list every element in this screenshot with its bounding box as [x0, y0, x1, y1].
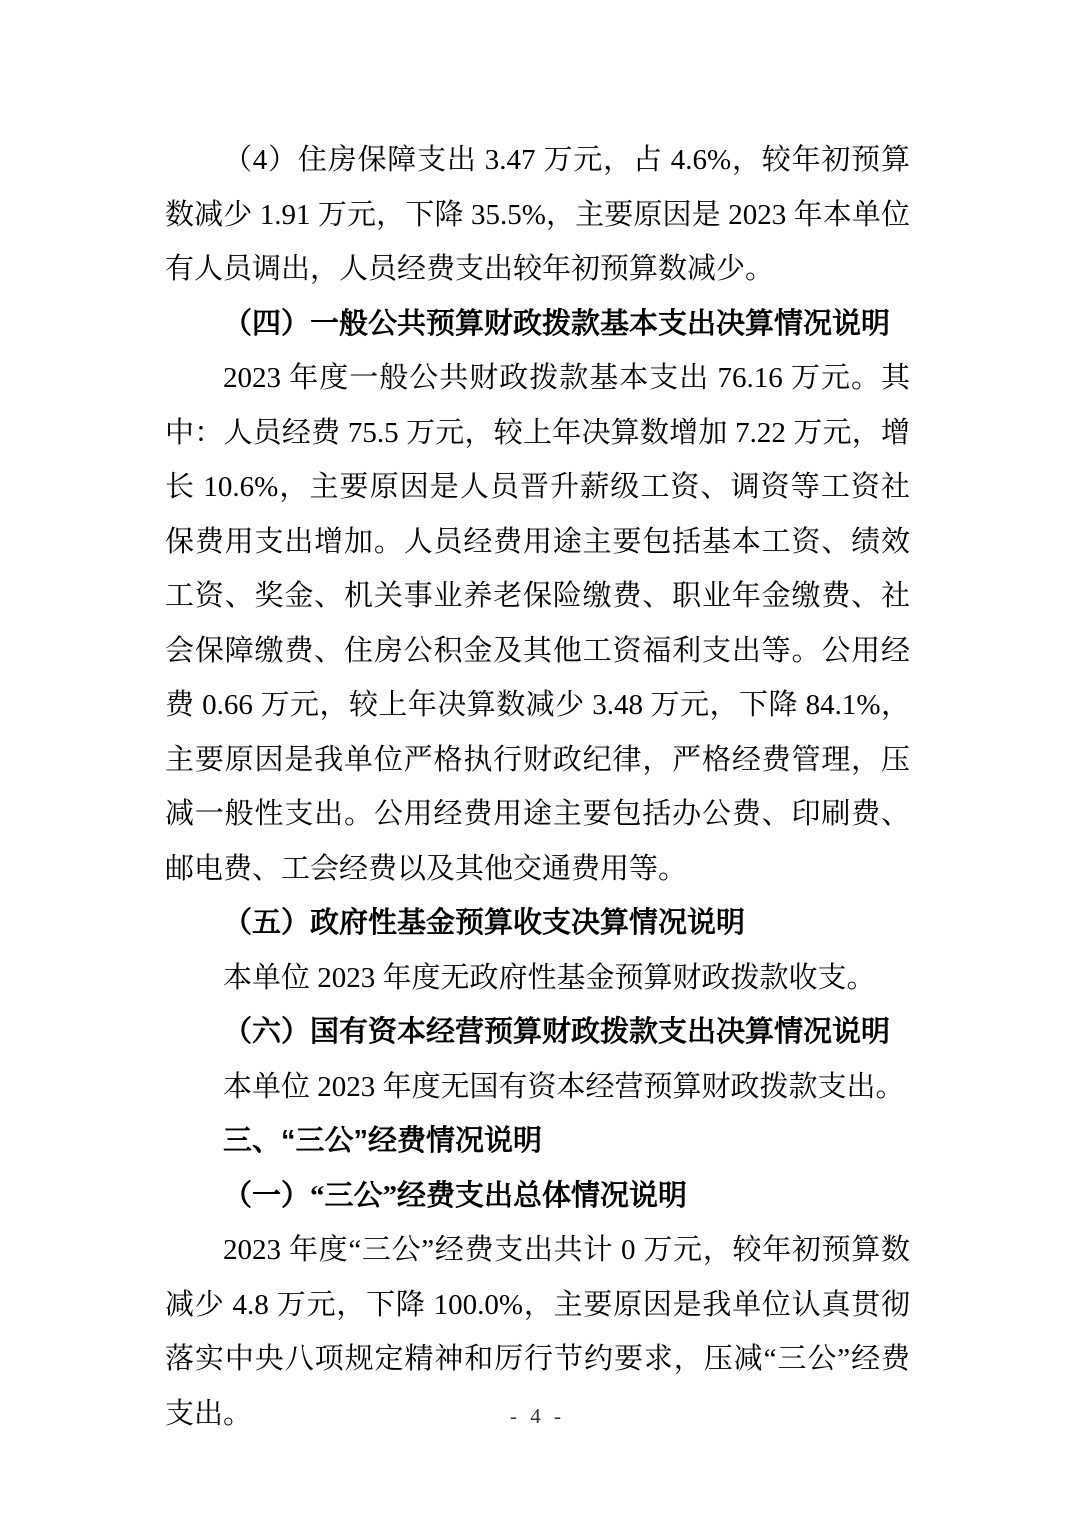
sub-heading: （六）国有资本经营预算财政拨款支出决算情况说明 — [165, 1005, 910, 1060]
section-heading: 三、“三公”经费情况说明 — [165, 1114, 910, 1169]
paragraph: 本单位 2023 年度无政府性基金预算财政拨款收支。 — [165, 951, 910, 1006]
paragraphs: （4）住房保障支出 3.47 万元，占 4.6%，较年初预算数减少 1.91 万… — [165, 133, 910, 1441]
document-body: （4）住房保障支出 3.47 万元，占 4.6%，较年初预算数减少 1.91 万… — [165, 133, 910, 1441]
paragraph: 2023 年度一般公共财政拨款基本支出 76.16 万元。其中：人员经费 75.… — [165, 351, 910, 896]
sub-heading: （五）政府性基金预算收支决算情况说明 — [165, 896, 910, 951]
page-number: - 4 - — [0, 1404, 1075, 1429]
document-page: （4）住房保障支出 3.47 万元，占 4.6%，较年初预算数减少 1.91 万… — [0, 0, 1075, 1520]
sub-heading: （一）“三公”经费支出总体情况说明 — [165, 1169, 910, 1224]
paragraph: 本单位 2023 年度无国有资本经营预算财政拨款支出。 — [165, 1060, 910, 1115]
sub-heading: （四）一般公共预算财政拨款基本支出决算情况说明 — [165, 297, 910, 352]
paragraph: （4）住房保障支出 3.47 万元，占 4.6%，较年初预算数减少 1.91 万… — [165, 133, 910, 297]
